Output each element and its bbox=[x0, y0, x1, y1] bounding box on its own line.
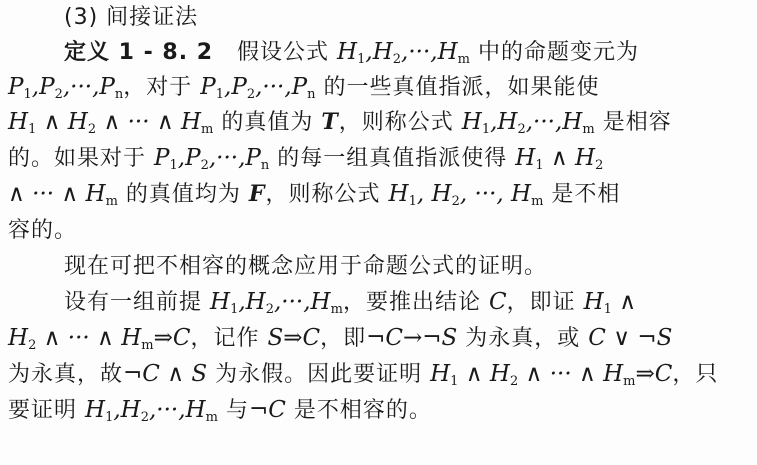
definition-line-1: 定义 1 - 8. 2 假设公式 H1,H2,···,Hm 中的命题变元为 bbox=[64, 34, 639, 70]
paragraph-2-line-1: 设有一组前提 H1,H2,···,Hm，要推出结论 C，即证 H1 ∧ bbox=[64, 284, 636, 320]
paragraph-2-line-4: 要证明 H1,H2,···,Hm 与¬C 是不相容的。 bbox=[8, 392, 432, 428]
paragraph-2-line-3: 为永真，故¬C ∧ S 为永假。因此要证明 H1 ∧ H2 ∧ ··· ∧ Hm… bbox=[8, 356, 718, 392]
definition-line-2: P1,P2,···,Pn，对于 P1,P2,···,Pn 的一些真值指派，如果能… bbox=[8, 69, 600, 105]
definition-line-6: 容的。 bbox=[8, 213, 77, 249]
paragraph-1: 现在可把不相容的概念应用于命题公式的证明。 bbox=[64, 249, 547, 285]
paragraph-2-line-2: H2 ∧ ··· ∧ Hm⇒C，记作 S⇒C，即¬C→¬S 为永真，或 C ∨ … bbox=[8, 320, 672, 356]
definition-line-4: 的。如果对于 P1,P2,···,Pn 的每一组真值指派使得 H1 ∧ H2 bbox=[8, 140, 603, 176]
definition-line-3: H1 ∧ H2 ∧ ··· ∧ Hm 的真值为 T，则称公式 H1,H2,···… bbox=[8, 104, 672, 140]
definition-line-5: ∧ ··· ∧ Hm 的真值均为 F，则称公式 H1, H2, ···, Hm … bbox=[8, 176, 620, 212]
definition-label: 定义 1 - 8. 2 bbox=[64, 40, 213, 65]
section-heading: (3) 间接证法 bbox=[64, 0, 198, 36]
